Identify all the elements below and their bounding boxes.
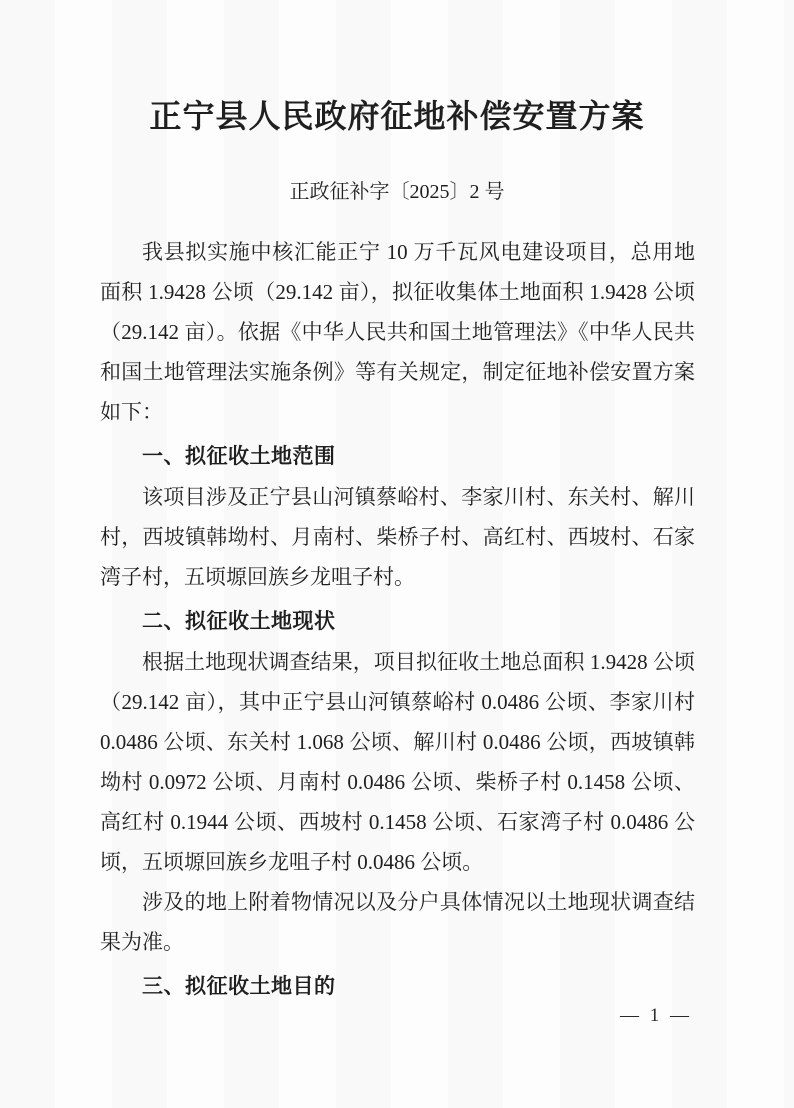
section-heading-3: 三、拟征收土地目的 bbox=[100, 967, 695, 1007]
section-heading-1: 一、拟征收土地范围 bbox=[100, 437, 695, 477]
paragraph-section-2-note: 涉及的地上附着物情况以及分户具体情况以土地现状调查结果为准。 bbox=[100, 882, 695, 962]
document-page: 正宁县人民政府征地补偿安置方案 正政征补字〔2025〕2 号 我县拟实施中核汇能… bbox=[0, 0, 794, 1108]
document-title: 正宁县人民政府征地补偿安置方案 bbox=[0, 0, 794, 136]
section-heading-2: 二、拟征收土地现状 bbox=[100, 602, 695, 642]
paragraph-section-1: 该项目涉及正宁县山河镇蔡峪村、李家川村、东关村、解川村，西坡镇韩坳村、月南村、柴… bbox=[100, 477, 695, 597]
document-number: 正政征补字〔2025〕2 号 bbox=[0, 180, 794, 204]
paragraph-section-2-areas: 根据土地现状调查结果，项目拟征收土地总面积 1.9428 公顷（29.142 亩… bbox=[100, 642, 695, 882]
document-body: 我县拟实施中核汇能正宁 10 万千瓦风电建设项目，总用地面积 1.9428 公顷… bbox=[100, 232, 695, 1007]
page-number: — 1 — bbox=[620, 1005, 692, 1027]
paragraph-intro: 我县拟实施中核汇能正宁 10 万千瓦风电建设项目，总用地面积 1.9428 公顷… bbox=[100, 232, 695, 432]
